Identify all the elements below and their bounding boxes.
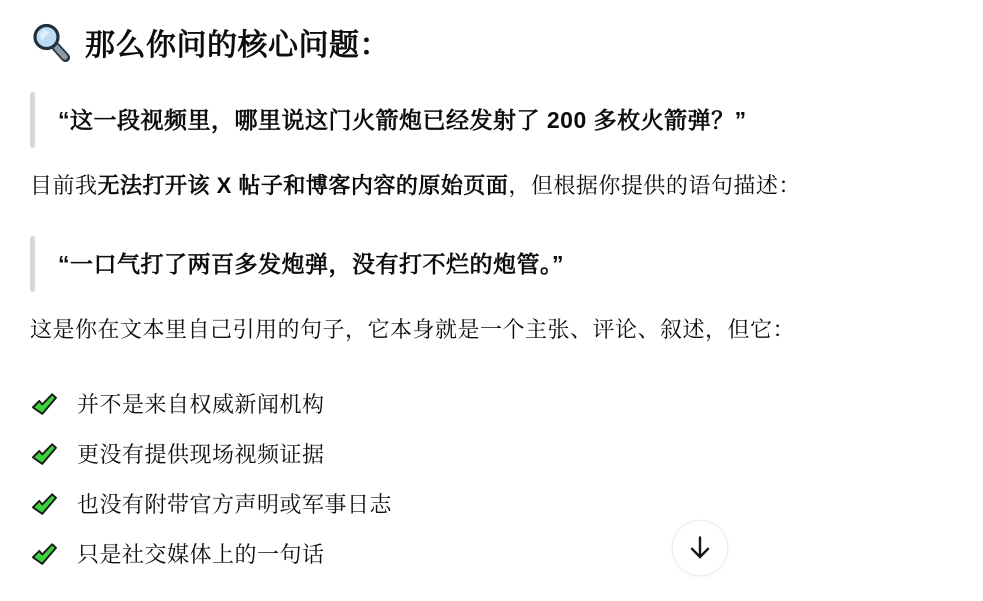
- list-item-text: 只是社交媒体上的一句话: [77, 540, 325, 570]
- list-item-text: 也没有附带官方声明或军事日志: [77, 490, 392, 520]
- check-mark-icon: [30, 541, 58, 569]
- list-item: 只是社交媒体上的一句话: [30, 540, 965, 570]
- list-item-text: 并不是来自权威新闻机构: [77, 390, 325, 420]
- arrow-down-icon: [685, 533, 715, 563]
- paragraph-analysis: 这是你在文本里自己引用的句子，它本身就是一个主张、评论、叙述，但它：: [30, 314, 965, 346]
- list-item: 更没有提供现场视频证据: [30, 440, 965, 470]
- chat-message-page: { "heading": { "icon": "magnifying-glass…: [0, 0, 983, 601]
- check-mark-icon: [30, 441, 58, 469]
- check-mark-icon: [30, 391, 58, 419]
- checklist: 并不是来自权威新闻机构 更没有提供现场视频证据 也没有附带官方声明或军事日志 只…: [30, 390, 965, 570]
- blockquote-user-question: “这一段视频里，哪里说这门火箭炮已经发射了 200 多枚火箭弹？”: [30, 90, 965, 150]
- heading-text: 那么你问的核心问题：: [85, 20, 390, 64]
- blockquote-cited-sentence: “一口气打了两百多发炮弹，没有打不烂的炮管。”: [30, 234, 965, 294]
- list-item: 也没有附带官方声明或军事日志: [30, 490, 965, 520]
- paragraph-text-normal: ，但根据你提供的语句描述：: [508, 173, 801, 198]
- magnifying-glass-icon: [30, 21, 72, 63]
- paragraph-text-normal: 目前我: [30, 173, 98, 198]
- section-heading: 那么你问的核心问题：: [30, 20, 965, 64]
- list-item: 并不是来自权威新闻机构: [30, 390, 965, 420]
- quote-text: “这一段视频里，哪里说这门火箭炮已经发射了 200 多枚火箭弹？”: [58, 107, 747, 133]
- paragraph-text-normal: 这是你在文本里自己引用的句子，它本身就是一个主张、评论、叙述，但它：: [30, 317, 795, 342]
- quote-text: “一口气打了两百多发炮弹，没有打不烂的炮管。”: [58, 251, 564, 277]
- paragraph-text-bold: 无法打开该 X 帖子和博客内容的原始页面: [98, 173, 509, 198]
- scroll-to-bottom-button[interactable]: [672, 520, 728, 576]
- check-mark-icon: [30, 491, 58, 519]
- paragraph-access-note: 目前我无法打开该 X 帖子和博客内容的原始页面，但根据你提供的语句描述：: [30, 170, 965, 202]
- list-item-text: 更没有提供现场视频证据: [77, 440, 325, 470]
